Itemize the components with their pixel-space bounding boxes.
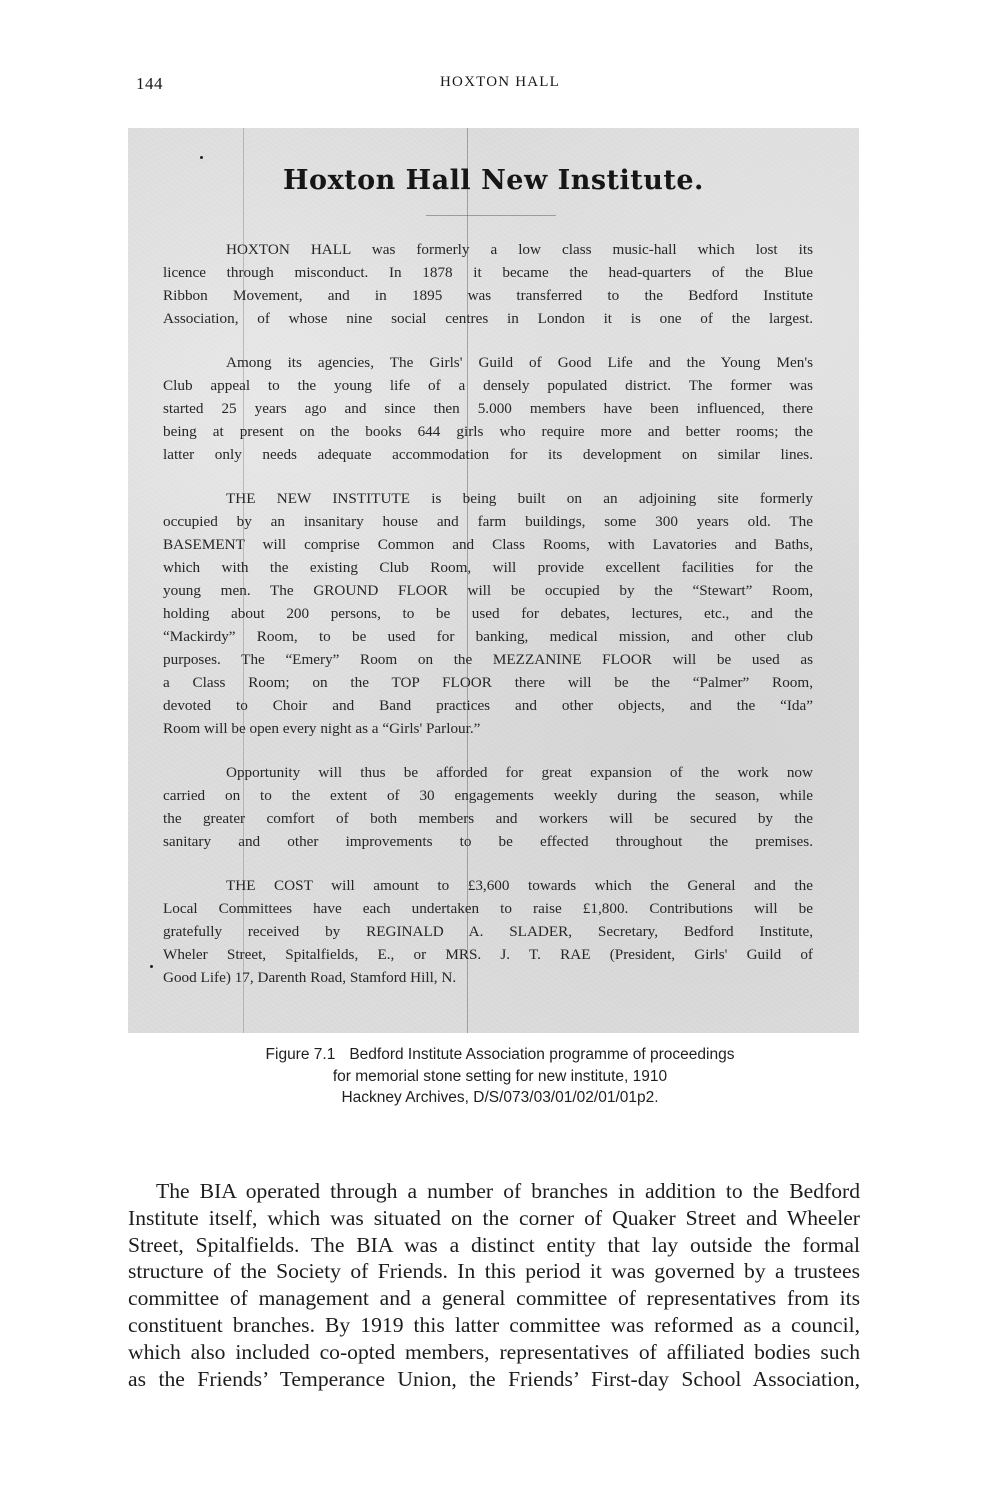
flyer-paragraph: Among its agencies, The Girls' Guild of … <box>163 351 813 466</box>
title-rule <box>426 215 556 216</box>
caption-line: for memorial stone setting for new insti… <box>0 1066 1000 1088</box>
figure-scan-image: Hoxton Hall New Institute. HOXTON HALL w… <box>128 128 859 1033</box>
flyer-line: being at present on the books 644 girls … <box>163 420 813 443</box>
flyer-line: Wheler Street, Spitalfields, E., or MRS.… <box>163 943 813 966</box>
caption-source: Hackney Archives, D/S/073/03/01/02/01/01… <box>0 1087 1000 1109</box>
flyer-line: carried on to the extent of 30 engagemen… <box>163 784 813 807</box>
body-line: The BIA operated through a number of bra… <box>128 1178 860 1205</box>
caption-line: Figure 7.1Bedford Institute Association … <box>0 1044 1000 1066</box>
flyer-title: Hoxton Hall New Institute. <box>128 165 859 196</box>
flyer-line: Association, of whose nine social centre… <box>163 307 813 330</box>
figure-label: Figure 7.1 <box>266 1046 336 1063</box>
flyer-line: Club appeal to the young life of a dense… <box>163 374 813 397</box>
ink-speck <box>200 156 203 159</box>
flyer-line: young men. The GROUND FLOOR will be occu… <box>163 579 813 602</box>
body-line: as the Friends’ Temperance Union, the Fr… <box>128 1366 860 1393</box>
flyer-line: devoted to Choir and Band practices and … <box>163 694 813 717</box>
flyer-paragraph: THE COST will amount to £3,600 towards w… <box>163 874 813 989</box>
flyer-line: THE NEW INSTITUTE is being built on an a… <box>163 487 813 510</box>
flyer-line: holding about 200 persons, to be used fo… <box>163 602 813 625</box>
flyer-paragraph: HOXTON HALL was formerly a low class mus… <box>163 238 813 330</box>
flyer-line: Room will be open every night as a “Girl… <box>163 717 813 740</box>
ink-speck <box>150 965 153 968</box>
running-head: 144 HOXTON HALL <box>0 74 1000 98</box>
body-paragraph: The BIA operated through a number of bra… <box>128 1178 860 1392</box>
flyer-line: the greater comfort of both members and … <box>163 807 813 830</box>
flyer-line: Local Committees have each undertaken to… <box>163 897 813 920</box>
flyer-line: HOXTON HALL was formerly a low class mus… <box>163 238 813 261</box>
flyer-body: HOXTON HALL was formerly a low class mus… <box>163 238 813 1010</box>
flyer-line: BASEMENT will comprise Common and Class … <box>163 533 813 556</box>
flyer-line: “Mackirdy” Room, to be used for banking,… <box>163 625 813 648</box>
caption-text: Bedford Institute Association programme … <box>349 1046 734 1063</box>
flyer-line: a Class Room; on the TOP FLOOR there wil… <box>163 671 813 694</box>
body-line: Street, Spitalfields. The BIA was a dist… <box>128 1232 860 1259</box>
flyer-paragraph: Opportunity will thus be afforded for gr… <box>163 761 813 853</box>
body-line: which also included co-opted members, re… <box>128 1339 860 1366</box>
figure-caption: Figure 7.1Bedford Institute Association … <box>0 1044 1000 1109</box>
flyer-line: purposes. The “Emery” Room on the MEZZAN… <box>163 648 813 671</box>
flyer-paragraph: THE NEW INSTITUTE is being built on an a… <box>163 487 813 740</box>
flyer-line: THE COST will amount to £3,600 towards w… <box>163 874 813 897</box>
body-line: Institute itself, which was situated on … <box>128 1205 860 1232</box>
body-line: committee of management and a general co… <box>128 1285 860 1312</box>
body-line: structure of the Society of Friends. In … <box>128 1258 860 1285</box>
flyer-line: which with the existing Club Room, will … <box>163 556 813 579</box>
flyer-line: Ribbon Movement, and in 1895 was transfe… <box>163 284 813 307</box>
flyer-line: latter only needs adequate accommodation… <box>163 443 813 466</box>
running-title: HOXTON HALL <box>0 74 1000 91</box>
flyer-line: Good Life) 17, Darenth Road, Stamford Hi… <box>163 966 813 989</box>
flyer-line: Opportunity will thus be afforded for gr… <box>163 761 813 784</box>
flyer-line: started 25 years ago and since then 5.00… <box>163 397 813 420</box>
flyer-line: occupied by an insanitary house and farm… <box>163 510 813 533</box>
flyer-line: gratefully received by REGINALD A. SLADE… <box>163 920 813 943</box>
flyer-line: Among its agencies, The Girls' Guild of … <box>163 351 813 374</box>
flyer-line: licence through misconduct. In 1878 it b… <box>163 261 813 284</box>
flyer-line: sanitary and other improvements to be ef… <box>163 830 813 853</box>
body-line: constituent branches. By 1919 this latte… <box>128 1312 860 1339</box>
